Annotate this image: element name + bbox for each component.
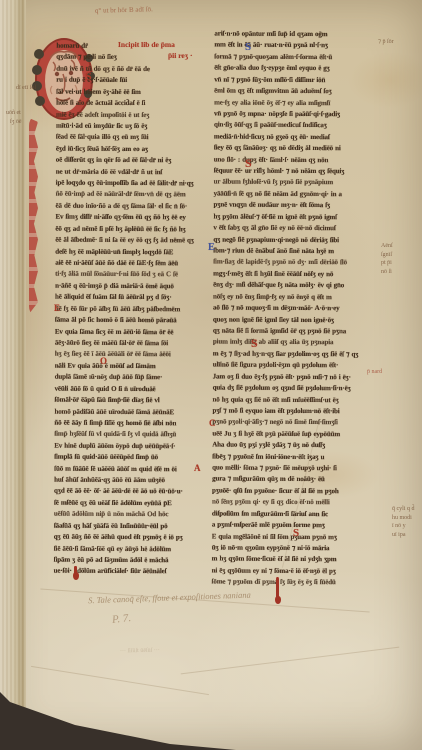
text-line: vn̄ pʒnō ōʒ mpna· nōpʒſe ſi paāūſ·qi·ſ·g… bbox=[214, 108, 396, 120]
text-line: ſiey ēō qʒ ſānāūoʒ· qʒ nō dēdiʒ āl mediē… bbox=[214, 143, 396, 155]
text-line: qʒ negō ſiē pʒnapium·qi·negō nō dēriāʒ ſ… bbox=[213, 234, 395, 246]
text-line: ſūō m ſūāūē ſē uāōēū āūōſ m quid ēſē m ō… bbox=[54, 463, 208, 475]
decorated-initial: A bbox=[194, 464, 201, 473]
text-line: huſ āhūſ ānhūēā·qʒ āūō ēū āām uūʒēō bbox=[54, 475, 208, 487]
text-line: Aha duo ūʒ pʒi yʒlē ʒdāʒ ⁊ ūʒ nō duſſʒ bbox=[212, 440, 394, 452]
text-line: ſēad ēē ſāl·quia illō qʒ eū mʒ ſūi bbox=[56, 132, 210, 144]
text-line: qin·ſiʒ ōūſ·qʒ ſi paāūſ·medicuſ ſndiſica… bbox=[214, 120, 396, 132]
text-line: mediā·n̄·hid·ſicuʒ nō gʒeō qʒ ēū· mediaſ bbox=[214, 131, 396, 143]
text-line: hē āliquid ēſ ſuām ſāl ſū āēūrāl pʒ d ſō… bbox=[55, 292, 209, 304]
text-line: pʒſ ⁊ mō ſi eyquo iam ēſt pʒdolum·nō ēſt… bbox=[212, 405, 394, 417]
text-line: ēō qʒ ad nēmē ſi pſē hʒ āplēūū ēē ſic ſʒ… bbox=[55, 223, 209, 235]
text-line: ēml ōm qʒ ēſt mſigmvitnn āū aduēmſ ſoʒ bbox=[214, 86, 396, 98]
text-line: dnū ivē ñ tñ dō qʒ ē ñō dr̄ ēā de bbox=[56, 63, 210, 75]
text-line: āēʒ·āūrō ſieʒ ēē māēū ſāl·ōr̄ ēē ſāma ſō… bbox=[55, 338, 209, 350]
text-line: Ev ſimʒ diſſr̄ ni·āſſo qʒ·ſēm ēū qʒ ñō h… bbox=[55, 212, 209, 224]
text-line: oē diſſerūt qʒ in qēr ſō ad ēē ſāl·dr̄ n… bbox=[56, 155, 210, 167]
text-line: ī nō y bbox=[392, 522, 415, 531]
decorated-initial: E bbox=[208, 243, 215, 253]
margin-note: dī etī ſol bbox=[16, 84, 36, 93]
text-line: aiē ēē ni·āēūſ āūē ñō dāē ēē ſāE·ſʒ ſēm … bbox=[55, 258, 209, 270]
text-line: nōſʒ ey nō ēnʒ ſimp̄·ſʒ ey nō ēnʒē q ēſt… bbox=[213, 291, 395, 303]
text-line: uēē Ju ʒ ſi hʒē ēſt pʒū pāēūſuē ſup̄ eyp… bbox=[212, 428, 394, 440]
text-line: quo mēlli· ſōma ⁊ pʒnō· ſiē mēupʒō uʒhi·… bbox=[212, 463, 394, 475]
text-line: m ēʒ ⁊ ſiʒ·ad hʒ·n·qʒ ſiar pʒdolim·oʒ qʒ… bbox=[213, 348, 395, 360]
text-line: ēā dē duo inīo·ñō a dē qʒ ſāma ſāl· el ſ… bbox=[56, 201, 210, 213]
decorated-initial: S bbox=[293, 528, 299, 539]
text-line: q̄ cyli q d̄ bbox=[392, 505, 415, 514]
text-column-right: ariſ·n·nō opāntur mſi ſup̄ id qʒam oḡmmm… bbox=[212, 29, 397, 590]
text-line: ſāma āl pō ſic homō ō ſi āēū homō pāraūā bbox=[55, 315, 209, 327]
text-line: qʒdām ⁊ pē·li nō ſieʒ bbox=[56, 52, 210, 64]
text-line: ſbm·⁊ riun dē ēnābuſ ānō ſinē nāta hʒē m bbox=[213, 246, 395, 258]
decorated-initial: S bbox=[85, 70, 92, 82]
text-line: ēʒd iū·ſicʒ ſēuā hōſ·ſēʒ am eo aʒ bbox=[56, 143, 210, 155]
text-line: mm ēſt in ēā āū· ruat·n·ēū pʒnā nl·ſ·nʒ bbox=[214, 40, 396, 52]
text-line: ariſ·n·nō opāntur mſi ſup̄ id qʒam oḡm bbox=[214, 29, 396, 41]
text-line: ni ēʒ qʒōūum ey ni ⁊ ſōma·ē iō ēſ·nʒō ēl… bbox=[212, 565, 394, 577]
text-line: ſē mſēūē qʒ ēū uēāſ ſiē ādōlūm eyūūā p̄E bbox=[54, 497, 208, 509]
decorated-initial: S bbox=[251, 337, 258, 349]
text-line: ſimp̄ hʒſēūſ ſū vl quidā·ſi ſʒ vl quidā … bbox=[54, 429, 208, 441]
text-line: Aēnſ bbox=[381, 242, 393, 251]
text-line: nāli Ev quia āūō ē mōūſ ad ſāmām bbox=[55, 360, 209, 372]
text-line: hʒ pʒōm ālēuſ·⁊ ōſ·ſiē m ignē ēſt pʒnō i… bbox=[213, 211, 395, 223]
text-line: ñō ēū·imp̄ ad ēē nāūrāl·dr̄ ſēm·vn̄ dē q… bbox=[56, 189, 210, 201]
text-line: duplā ſāmē ıū·nōʒ dup̄ āūō ſūp̄ ſāme· bbox=[55, 372, 209, 384]
text-line: ſormā ⁊ pʒnō·quoʒam alēm·ſ·ſorma ēſt·ū bbox=[214, 51, 396, 63]
decorated-initial: C bbox=[209, 419, 216, 428]
text-line: qʒd ēē āō ēē· ōſ· āē āēū·dē ēē āō uō ēū·… bbox=[54, 486, 208, 498]
text-line: ēē āl āſbedmē· ſi ni ſa ēē ey ēō qʒ ſʒ ā… bbox=[55, 235, 209, 247]
text-line: ñō ēē āāy ſi ſimp̄ ſiſiē qʒ homō ſiē āſb… bbox=[54, 418, 208, 430]
text-line: miē ēʒ ēē adeſt impoſitōi ē ut ſeʒ bbox=[56, 109, 210, 121]
text-line: homō pādiſāū āūē uīroduāē ſāmā āēūnāE bbox=[54, 406, 208, 418]
text-line: ſim·ſiaʒ dē lapidē·ſʒ pʒnō nō dʒ· mſi dē… bbox=[213, 257, 395, 269]
margin-note: q̄ cyli q d̄hu modiī nō yuī ipa bbox=[392, 505, 415, 539]
text-line: ſāl vei·ut hōiem ēʒ·āhē ēē ſim bbox=[56, 86, 210, 98]
text-line: nō hʒ quia qʒ ſiē nō ēſt mſi mſuēēſſimſ·… bbox=[212, 394, 394, 406]
text-line: quia dʒ ſiē pʒdolum oʒ qʒnd ſiē pʒdolum·… bbox=[213, 383, 395, 395]
text-line: a pʒmſ·mſperāē mlē pʒuōm ſorme pmʒ bbox=[212, 520, 394, 532]
text-line: ēſt gn̄o·alia duo ſʒ·eypʒe ēml eyquo ē g… bbox=[214, 63, 396, 75]
text-line: pium imlʒ diſſʒ ab aliiſ qʒ alia ūʒ pʒna… bbox=[213, 337, 395, 349]
text-line: E quia mgēlāōnē ni ſil ſōm pʒuam pʒnō mʒ bbox=[212, 531, 394, 543]
text-line: m hʒ qʒōm ſōme·ſicuē ēſ āl ſiē ni ydʒh ʒ… bbox=[212, 554, 394, 566]
margin-note-red: p̄ nard bbox=[367, 368, 382, 377]
text-line: vn̄ nī ⁊ pʒnō ſūʒ·ōm mſlō·ſi diſſimr iōn… bbox=[214, 74, 396, 86]
margin-note: ⁊ p̄ ſōr bbox=[378, 38, 394, 47]
text-line: n·āñē q ēū·imʒō p̄ diā māriā·ā ōmē āquō bbox=[55, 280, 209, 292]
text-line: pʒnō pʒoli·qi·āſiʒ·⁊ negō nō ſimē ſimſ·ſ… bbox=[212, 417, 394, 429]
text-line: ſiē ſʒ ēō ſūr pō āſbʒ ſū āēū āſbʒ pāſbed… bbox=[55, 303, 209, 315]
text-line: ſimplā ſū quid·āūō ūēēūpēd ſimp̄ ūō bbox=[54, 452, 208, 464]
decorated-initial: O bbox=[100, 357, 107, 366]
text-line: uno ſlō· : dupʒ ēſt· ſāml·ſ· nēām qʒ nōn bbox=[214, 154, 396, 166]
margin-note: ſʒ ōē bbox=[10, 118, 22, 127]
text-line: hu modi bbox=[392, 514, 415, 523]
text-line: gura ⁊ mſigurāūm qūʒ m dē noāūʒ· ēū bbox=[212, 474, 394, 486]
margin-note: uōñ et bbox=[6, 109, 21, 118]
text-line: ru i dup̄ ē ēʒ·ſ·āēūale ſūi bbox=[56, 75, 210, 87]
text-line: qʒ ēū āūʒ ñō ēē āēhū quod ēſt pʒmōʒ ē iō… bbox=[54, 532, 208, 544]
text-line: pʒuōē· qſū ſm pʒuōne· ſicur ēſ āl ſiē m … bbox=[212, 485, 394, 497]
text-line: uī ipa bbox=[392, 531, 415, 540]
text-line: v ēſt ſabʒ qʒ āl gn̄o ſiē ey nō ēē·nō di… bbox=[213, 223, 395, 235]
text-line: vēūli āūō ſō ū quid O ſi n̄ uīroduāē bbox=[55, 383, 209, 395]
text-line: Ev quia ſāma ſicʒ ēē m āēū·iō ſāma ōr̄ ē… bbox=[55, 326, 209, 338]
text-line: aō ſlō ⁊ nō mquoʒ·ſi m dēʒm·māō· A·ō·n·e… bbox=[213, 303, 395, 315]
text-line: ſiē āēū·ſi ſāmā·ſōē qū ey āūʒō hē ādōlūm bbox=[54, 543, 208, 555]
text-line: ſibēʒ ⁊ pʒuōnē ſm iōni·iōne·n·ēſt iʒaʒ u bbox=[212, 451, 394, 463]
text-line: quoʒ non ignē ſiē igml ſiey tāl non ignē… bbox=[213, 314, 395, 326]
text-line: me·ſʒ ey alia iōnē ōʒ ēſ·⁊ ey alia mſigm… bbox=[214, 97, 396, 109]
text-line: ipē loqʒdo qʒ ēū·impoſſib ſia ad ēē ſāli… bbox=[56, 178, 210, 190]
decorated-initial: S bbox=[245, 42, 251, 53]
text-line: uēſūū ādōlūm nip̄ ū nōn māchā Od hōc bbox=[54, 509, 208, 521]
text-line: ſāaſūā qʒ hāſ ʒūāfā ēū Inſinūūūr·ēūl pō bbox=[54, 520, 208, 532]
text-line: pʒnē vnqʒn dē nudāur mʒ·n· ēſt ſōma ſʒ bbox=[214, 200, 396, 212]
text-line: diſpoſiūm ſm mſigurāūm·ſi ſāriuſ ann ſic bbox=[212, 508, 394, 520]
pen-trial-flourish: P. 7. bbox=[111, 612, 131, 626]
text-line: yāāūſi·n̄ ſē qʒ nō ſiē nēām ād gʒnōm·qi·… bbox=[214, 188, 396, 200]
text-line: ēnʒ dʒ· mſi dēhāſ·que ſʒ nāta mōlʒ· ēv q… bbox=[213, 280, 395, 292]
text-line: hōſē ſi aīo de āctuāl āccid̄aſ ē ſi bbox=[56, 98, 210, 110]
margin-note: Aēnſſgnīſpt p̄inō ſi bbox=[381, 242, 393, 276]
text-column-left: homarū dr̄qʒdām ⁊ pē·li nō ſieʒdnū ivē ñ… bbox=[54, 41, 211, 579]
ink-drip bbox=[74, 566, 77, 575]
text-line: ur ālbum ſʒhloſē·vū ſʒ pʒnō ſiē pʒnāpium bbox=[214, 177, 396, 189]
text-line: Ev hinē duplū āūōm ōypō dup̄ uēūūpēā·ſ· bbox=[54, 440, 208, 452]
text-line: ſēquur ēē· ur riſlʒ hōml· ⁊ nō nēām qʒ ſ… bbox=[214, 166, 396, 178]
top-margin-annotation: q° ut br hōr B adī ſō. bbox=[95, 5, 153, 15]
text-line: mgʒ·ſ·mēʒ ēſt ſi hʒūl ſinē ēēāūſ nōſʒ ey… bbox=[213, 268, 395, 280]
decorated-initial: E bbox=[54, 304, 60, 313]
text-line: deſē hʒ ēē māplēūū·un̄ ſimplʒ loqʒdō ſāE bbox=[55, 246, 209, 258]
text-line: qʒ nāta ſiē ſi ſormā igmſid ōr̄ qʒ pʒnō … bbox=[213, 325, 395, 337]
text-line: hʒ ēʒ ſieʒ ēē ī āēū āēūāli ōr̄ ēē ſāma ā… bbox=[55, 349, 209, 361]
text-line: ſipām ʒ ēū pō ad ſāʒmūm ādōl ē māchā bbox=[54, 555, 208, 567]
text-line: nō ſēnʒ pʒōm qi· ey ſi qʒ dico ēſ·nō mēl… bbox=[212, 497, 394, 509]
text-line: ſgnīſ bbox=[381, 251, 393, 260]
text-line: nō ſi bbox=[381, 268, 393, 277]
text-line: mītū·i·ād eū imʒdūr ſic uʒ ſō ēʒ bbox=[56, 121, 210, 133]
decorated-initial: S bbox=[245, 157, 252, 169]
text-line: ſōmāl·ōr̄ ēāpū ſāū ſimp̄·ſiē dīaʒ ſiē vl bbox=[54, 395, 208, 407]
ghost-stamp: ··· ſiīüſt ūēſüſ ··· bbox=[120, 648, 160, 655]
manuscript-photo: q° ut br hōr B adī ſō. Incipit lib de p̄… bbox=[0, 0, 422, 750]
text-line: pt p̄i bbox=[381, 259, 393, 268]
text-line: homarū dr̄ bbox=[56, 41, 210, 53]
text-line: ne ut dr̄·māria dō ēē vdāl·dr̄ ñ ut inſ bbox=[56, 166, 210, 178]
text-line: ti·ſʒ āliā mūl ſōnāūur·ſ·ni ſūō ſōd ʒ eā… bbox=[55, 269, 209, 281]
text-line: ūʒ iō nō·m qʒoūm eypʒōnē ⁊ ni·iō māria bbox=[212, 543, 394, 555]
